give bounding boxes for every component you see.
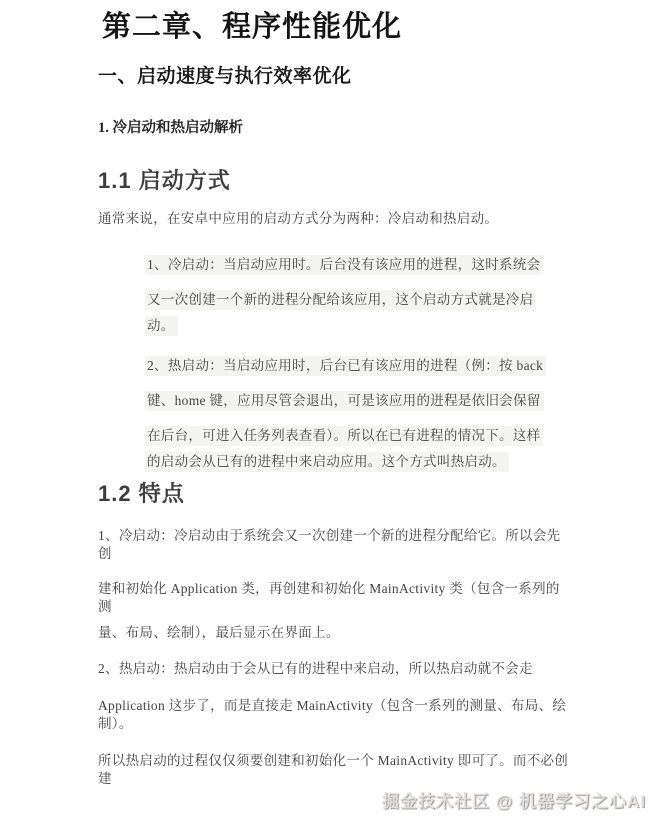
text-line: 键、home 键，应用尽管会退出，可是该应用的进程是依旧会保留 [145,392,572,410]
subsection-heading: 1. 冷启动和热启动解析 [98,118,572,138]
text-line: 1、冷启动：冷启动由于系统会又一次创建一个新的进程分配给它。所以会先创 [98,527,572,563]
heading-1-1: 1.1 启动方式 [98,166,572,196]
highlighted-text: 键、home 键，应用尽管会退出，可是该应用的进程是依旧会保留 [145,391,544,411]
text-line: 量、布局、绘制），最后显示在界面上。 [98,624,572,642]
section-heading: 一、启动速度与执行效率优化 [98,64,572,90]
highlighted-text: 又一次创建一个新的进程分配给该应用，这个启动方式就是冷启 [145,290,536,310]
watermark: 掘金技术社区 @ 机器学习之心AI [382,787,646,812]
text-line: 建和初始化 Application 类，再创建和初始化 MainActivity… [98,580,572,616]
highlighted-text: 1、冷启动：当启动应用时。后台没有该应用的进程，这时系统会 [145,255,543,275]
page-title: 第二章、程序性能优化 [102,8,572,46]
highlighted-text: 在后台，可进入任务列表查看）。所以在已有进程的情况下。这样 [145,426,543,446]
text-line: 所以热启动的过程仅仅须要创建和初始化一个 MainActivity 即可了。而不… [98,752,572,788]
text-line: 在后台，可进入任务列表查看）。所以在已有进程的情况下。这样 [145,427,572,445]
text-line: 又一次创建一个新的进程分配给该应用，这个启动方式就是冷启 [145,291,572,309]
text-line: 动。 [145,317,572,335]
text-line: 2、热启动：当启动应用时，后台已有该应用的进程（例：按 back [145,357,572,375]
document-content: 第二章、程序性能优化 一、启动速度与执行效率优化 1. 冷启动和热启动解析 1.… [0,0,668,788]
heading-1-2: 1.2 特点 [98,479,572,509]
highlighted-text: 的启动会从已有的进程中来启动应用。这个方式叫热启动。 [145,452,509,472]
text-line: 的启动会从已有的进程中来启动应用。这个方式叫热启动。 [145,453,572,471]
highlighted-text: 2、热启动：当启动应用时，后台已有该应用的进程（例：按 back [145,356,546,376]
text-line: Application 这步了，而是直接走 MainActivity（包含一系列… [98,697,572,733]
hot-start-block: 2、热启动：当启动应用时，后台已有该应用的进程（例：按 back 键、home … [145,357,572,471]
highlighted-text: 动。 [145,316,178,336]
intro-paragraph: 通常来说，在安卓中应用的启动方式分为两种：冷启动和热启动。 [98,210,572,228]
feature-paragraph-hot: 2、热启动：热启动由于会从已有的进程中来启动，所以热启动就不会走 Applica… [98,660,572,788]
feature-paragraph-cold: 1、冷启动：冷启动由于系统会又一次创建一个新的进程分配给它。所以会先创 建和初始… [98,527,572,642]
text-line: 2、热启动：热启动由于会从已有的进程中来启动，所以热启动就不会走 [98,660,572,678]
text-line: 1、冷启动：当启动应用时。后台没有该应用的进程，这时系统会 [145,256,572,274]
document-page: 第二章、程序性能优化 一、启动速度与执行效率优化 1. 冷启动和热启动解析 1.… [0,0,668,834]
cold-start-block: 1、冷启动：当启动应用时。后台没有该应用的进程，这时系统会 又一次创建一个新的进… [145,256,572,335]
